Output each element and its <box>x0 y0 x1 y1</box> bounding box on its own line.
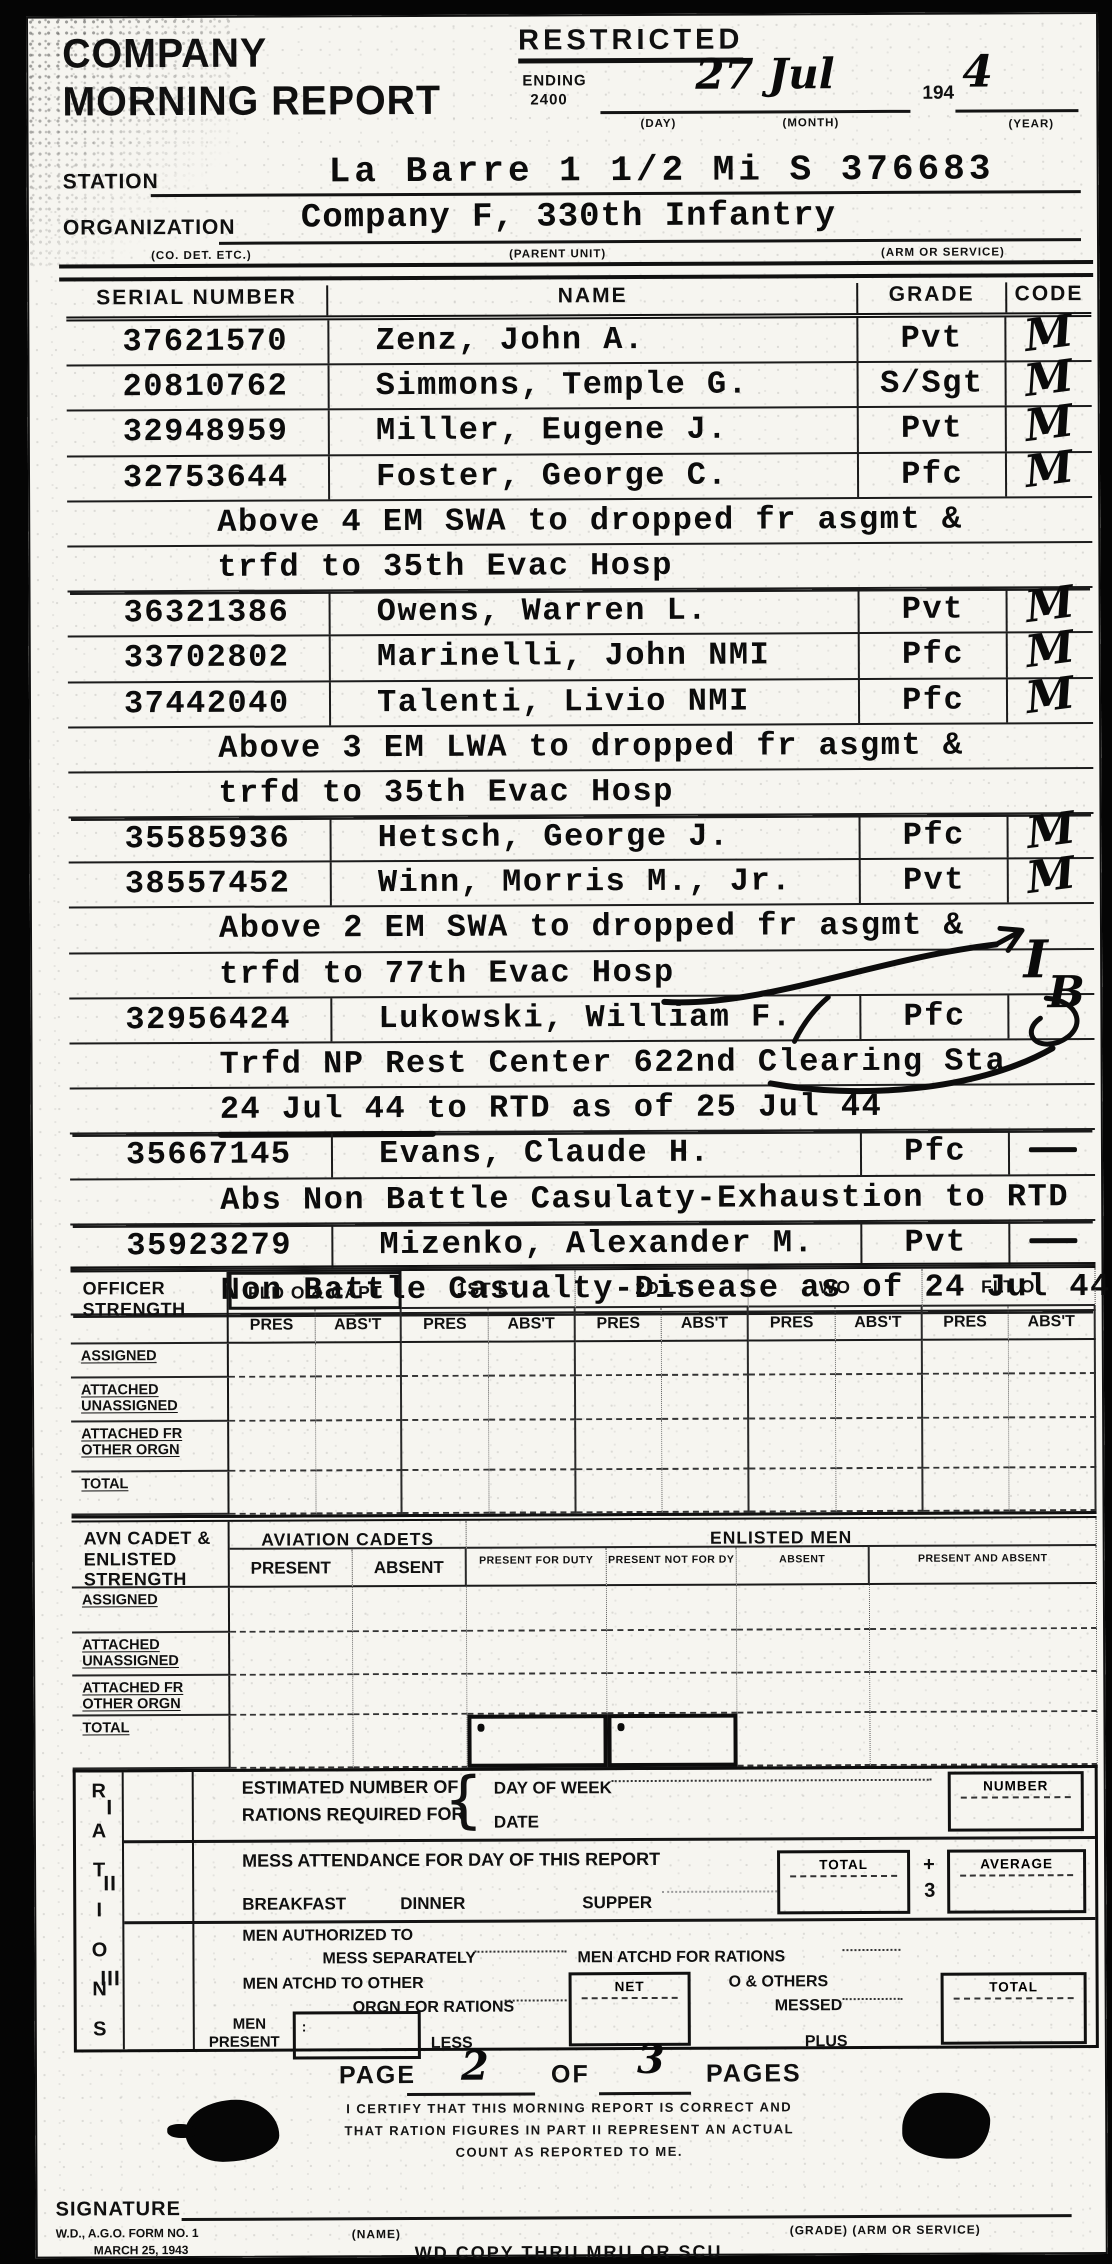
roster-grade: Pfc <box>858 679 1007 723</box>
cadet-subheader: PRESENT <box>230 1549 353 1588</box>
roster-name: Talenti, Livio NMI <box>329 680 858 725</box>
officer-empty-cell[interactable] <box>489 1376 576 1420</box>
officer-row-label: TOTAL <box>71 1472 229 1516</box>
roster-note-row: Trfd NP Rest Center 622nd Clearing Sta <box>69 1040 1094 1090</box>
men-atchd-other-line1: MEN ATCHD TO OTHER <box>243 1975 424 1994</box>
handwritten-code-m: M <box>1006 628 1094 672</box>
men-present-line2: PRESENT <box>209 2034 280 2051</box>
cadet-empty-cell[interactable] <box>353 1587 467 1632</box>
officer-empty-cell[interactable] <box>836 1375 923 1419</box>
roster-serial: 35667145 <box>70 1134 331 1178</box>
handwritten-code-m: M <box>1007 809 1095 853</box>
roster-serial: 35923279 <box>70 1224 331 1268</box>
number-box-label: NUMBER <box>961 1778 1071 1798</box>
roster-name: Mizenko, Alexander M. <box>331 1222 860 1267</box>
breakfast-label: BREAKFAST <box>242 1894 346 1914</box>
roster-serial: 33702802 <box>68 637 329 681</box>
cadet-empty-cell[interactable] <box>230 1715 353 1769</box>
roster-header-name: NAME <box>327 283 857 315</box>
month-caption: (MONTH) <box>782 117 839 129</box>
handwritten-pages-total: 3 <box>637 2036 665 2083</box>
roster-code: M <box>1005 453 1092 497</box>
officer-empty-cell[interactable] <box>403 1421 490 1471</box>
officer-empty-cell[interactable] <box>229 1471 316 1514</box>
officer-empty-cell[interactable] <box>662 1376 749 1420</box>
roster-note-row: trfd to 35th Evac Hosp <box>67 543 1092 593</box>
roster-serial: 37442040 <box>68 682 329 726</box>
roster-code <box>1008 1130 1095 1174</box>
officer-empty-cell[interactable] <box>229 1421 316 1471</box>
ending-2400-label: 2400 <box>530 91 567 108</box>
officer-empty-cell[interactable] <box>1009 1374 1096 1418</box>
cadet-empty-cell[interactable] <box>737 1630 870 1674</box>
date-label: DATE <box>494 1812 539 1832</box>
cadet-empty-cell[interactable] <box>467 1631 607 1675</box>
signature-line[interactable] <box>182 2214 1072 2220</box>
roster-note-text: Above 3 EM LWA to dropped fr asgmt & <box>68 724 1008 771</box>
rations-letter: S <box>93 2018 106 2041</box>
cadet-empty-cell[interactable] <box>607 1631 737 1675</box>
cadet-empty-cell[interactable] <box>230 1587 353 1633</box>
roster-entry-row: 33702802Marinelli, John NMIPfcM <box>68 633 1093 683</box>
officer-row-label: ATTACHED UNASSIGNED <box>71 1378 229 1423</box>
day-of-week-line[interactable] <box>612 1779 932 1782</box>
organization-line <box>219 238 1081 245</box>
roster-entry-row: 35667145Evans, Claude H.Pfc <box>70 1130 1095 1180</box>
roster-entry-row: 32753644Foster, George C.PfcM <box>67 453 1092 503</box>
men-present-box[interactable]: : <box>293 2011 421 2060</box>
roster-code <box>1009 1221 1096 1265</box>
rations-numeral-2: II <box>76 1872 144 1896</box>
handwritten-code-m: M <box>1005 312 1093 356</box>
o-and-others-label: O & OTHERS <box>729 1973 829 1991</box>
cadet-empty-cell[interactable] <box>353 1715 467 1768</box>
roster-code: M <box>1006 679 1093 723</box>
roster-name: Lukowski, William F. <box>330 996 859 1041</box>
roster-grade: Pvt <box>860 1221 1009 1265</box>
roster-name: Winn, Morris M., Jr. <box>330 860 859 905</box>
officer-empty-cell[interactable] <box>663 1420 750 1470</box>
roster-entry-row: 20810762Simmons, Temple G.S/SgtM <box>67 362 1092 412</box>
certification-line2: THAT RATION FIGURES IN PART II REPRESENT… <box>289 2121 849 2138</box>
rations-section-3: MEN AUTHORIZED TO MESS SEPARATELY MEN AT… <box>192 1920 1096 2052</box>
officer-subheader: PRES <box>402 1309 489 1343</box>
pages-number-line <box>599 2092 691 2095</box>
organization-value: Company F, 330th Infantry <box>301 197 836 237</box>
officer-subheader: ABS'T <box>489 1308 576 1342</box>
officer-empty-cell[interactable] <box>749 1419 836 1469</box>
cadet-empty-cell[interactable] <box>870 1712 1097 1766</box>
officer-subheader: ABS'T <box>662 1308 749 1342</box>
atchd-for-rations-line[interactable] <box>842 1949 900 1951</box>
roster-grade: Pvt <box>857 408 1006 452</box>
roster-note-text: 24 Jul 44 to RTD as of 25 Jul 44 <box>70 1086 1010 1133</box>
plus-label: PLUS <box>805 2033 848 2051</box>
roster-serial: 35585936 <box>69 817 330 861</box>
mess-attendance-label: MESS ATTENDANCE FOR DAY OF THIS REPORT <box>242 1849 660 1872</box>
officer-subheader: PRES <box>922 1306 1009 1340</box>
cadet-empty-cell[interactable] <box>607 1586 737 1632</box>
mess-total-label: TOTAL <box>790 1857 897 1877</box>
est-rations-line1: ESTIMATED NUMBER OF <box>242 1777 459 1799</box>
average-box[interactable]: AVERAGE <box>947 1849 1086 1914</box>
officer-group-header: WO <box>749 1269 923 1308</box>
cadet-empty-cell[interactable] <box>607 1674 737 1715</box>
roster-serial: 37621570 <box>66 320 327 364</box>
roster-name: Miller, Eugene J. <box>328 408 857 453</box>
cadet-empty-cell[interactable] <box>230 1675 353 1716</box>
roster-serial: 32956424 <box>69 998 330 1042</box>
roster-note-row: Abs Non Battle Casulaty-Exhaustion to RT… <box>70 1176 1095 1226</box>
net-box[interactable]: NET <box>569 1972 691 2047</box>
officer-empty-cell[interactable] <box>402 1343 489 1377</box>
ending-label: ENDING <box>522 72 586 89</box>
rations-panel: RATIONS I II III ESTIMATED NUMBER OF RAT… <box>73 1765 1099 2052</box>
page-label: PAGE <box>339 2061 416 2090</box>
officer-empty-cell[interactable] <box>403 1471 490 1514</box>
roster-grade: Pfc <box>860 1131 1009 1175</box>
roster-name: Foster, George C. <box>328 454 857 499</box>
organization-label: ORGANIZATION <box>63 216 236 241</box>
cadet-row-label: ASSIGNED <box>72 1588 230 1634</box>
form-number-line1: W.D., A.G.O. FORM NO. 1 <box>56 2226 199 2241</box>
officer-empty-cell[interactable] <box>316 1377 403 1421</box>
roster-entry-row: 37442040Talenti, Livio NMIPfcM <box>68 679 1093 729</box>
handwritten-code-m: M <box>1007 674 1095 718</box>
enlisted-subheader: PRESENT AND ABSENT <box>870 1546 1097 1585</box>
cadet-row-label: ATTACHED FR OTHER ORGN <box>72 1676 230 1717</box>
handwritten-code-m: M <box>1005 402 1093 446</box>
officer-empty-cell[interactable] <box>489 1470 576 1513</box>
of-label: OF <box>551 2060 590 2089</box>
net-box-label: NET <box>582 1979 678 1999</box>
total-count-box[interactable] <box>467 1714 607 1768</box>
officer-empty-cell[interactable] <box>402 1377 489 1421</box>
officer-empty-cell[interactable] <box>316 1421 403 1471</box>
brace-glyph: { <box>444 1763 484 1836</box>
handwritten-code-dash <box>1029 1238 1077 1243</box>
year-caption: (YEAR) <box>1008 118 1054 130</box>
handwritten-date: 27 Jul <box>695 49 835 99</box>
cadet-table: AVN CADET & ENLISTED STRENGTHAVIATION CA… <box>72 1512 1098 1772</box>
roster-grade: Pvt <box>859 860 1008 904</box>
roster-name: Evans, Claude H. <box>331 1131 860 1176</box>
handwritten-code-dash <box>1029 1147 1077 1152</box>
roster-note-text: Trfd NP Rest Center 622nd Clearing Sta <box>69 1040 1009 1087</box>
roster-grade: Pfc <box>859 995 1008 1039</box>
officer-empty-cell[interactable] <box>576 1376 663 1420</box>
signature-label: SIGNATURE <box>56 2198 181 2222</box>
total-count-box[interactable] <box>607 1714 737 1768</box>
cadet-corner-label: AVN CADET & ENLISTED STRENGTH <box>72 1522 230 1589</box>
roster-note-row: Above 2 EM SWA to dropped fr asgmt & <box>69 904 1094 954</box>
roster-serial: 32948959 <box>67 411 328 455</box>
roster-serial: 32753644 <box>67 456 328 500</box>
roster-entry-row: 32948959Miller, Eugene J.PvtM <box>67 407 1092 457</box>
officer-group-header: 2D LT <box>575 1270 749 1309</box>
roster-code: M <box>1007 859 1094 903</box>
year-line <box>955 109 1078 113</box>
aviation-cadets-header: AVIATION CADETS <box>230 1521 467 1550</box>
handwritten-page-number: 2 <box>461 2043 489 2090</box>
roster-entry-row: 32956424Lukowski, William F.PfcIB <box>69 995 1094 1045</box>
station-line <box>151 190 1081 197</box>
officer-subheader: ABS'T <box>1009 1306 1096 1340</box>
grade-caption: (GRADE) (ARM OR SERVICE) <box>790 2223 981 2238</box>
roster-note-row: 24 Jul 44 to RTD as of 25 Jul 44 <box>70 1085 1095 1135</box>
cadet-empty-cell[interactable] <box>870 1629 1097 1673</box>
date-line <box>600 110 910 114</box>
officer-row-label: ASSIGNED <box>71 1344 229 1379</box>
officer-empty-cell[interactable] <box>489 1420 576 1470</box>
divisor-three: 3 <box>924 1880 935 1903</box>
officer-empty-cell[interactable] <box>922 1374 1009 1418</box>
men-atchd-for-rations: MEN ATCHD FOR RATIONS <box>577 1948 785 1967</box>
cadet-row-label: TOTAL <box>72 1716 230 1770</box>
roster-note-row: Above 4 EM SWA to dropped fr asgmt & <box>67 498 1092 548</box>
org-sub-co: (CO. DET. ETC.) <box>151 250 252 262</box>
officer-empty-cell[interactable] <box>836 1341 923 1375</box>
paper-content: COMPANY MORNING REPORT RESTRICTED ENDING… <box>0 0 1112 2264</box>
officer-empty-cell[interactable] <box>316 1471 403 1514</box>
roster-code: IB <box>1008 995 1095 1039</box>
roster-grade: Pfc <box>858 634 1007 678</box>
rations-total-box[interactable]: TOTAL <box>941 1972 1087 2045</box>
roster-name: Marinelli, John NMI <box>329 634 858 679</box>
enlisted-men-header: ENLISTED MEN <box>467 1518 1097 1549</box>
average-box-label: AVERAGE <box>960 1856 1073 1876</box>
rations-section-2: MESS ATTENDANCE FOR DAY OF THIS REPORT B… <box>192 1839 1095 1921</box>
men-authorized-line2: MESS SEPARATELY <box>322 1950 476 1969</box>
station-label: STATION <box>63 170 159 194</box>
rations-numeral-3: III <box>77 1967 145 1991</box>
officer-empty-cell[interactable] <box>576 1342 663 1376</box>
ink-blot-left <box>185 2100 279 2162</box>
roster-entry-row: 35585936Hetsch, George J.PfcM <box>69 814 1094 864</box>
roster-grade: S/Sgt <box>857 363 1006 407</box>
roster-grade: Pfc <box>859 814 1008 858</box>
officer-empty-cell[interactable] <box>1009 1418 1096 1468</box>
cadet-subheader: ABSENT <box>353 1549 467 1587</box>
roster-note-text: Above 2 EM SWA to dropped fr asgmt & <box>69 905 1009 952</box>
rations-total-label: TOTAL <box>954 1979 1074 2000</box>
org-sub-arm: (ARM OR SERVICE) <box>881 246 1005 259</box>
supper-line[interactable] <box>662 1890 777 1893</box>
roster-name: Simmons, Temple G. <box>328 363 857 408</box>
roster-serial: 38557452 <box>69 863 330 907</box>
officer-empty-cell[interactable] <box>489 1342 576 1376</box>
cadet-empty-cell[interactable] <box>230 1632 353 1676</box>
rations-letter: A <box>92 1820 107 1843</box>
officer-empty-cell[interactable] <box>1009 1340 1096 1374</box>
officer-corner-label: OFFICER STRENGTH <box>70 1272 228 1345</box>
handwritten-code-m: M <box>1007 854 1095 898</box>
handwritten-code-m: M <box>1006 583 1094 627</box>
roster-grade: Pvt <box>856 317 1005 361</box>
cadet-empty-cell[interactable] <box>467 1586 607 1632</box>
officer-empty-cell[interactable] <box>576 1420 663 1470</box>
form-number-line2: MARCH 25, 1943 <box>94 2243 189 2257</box>
handwritten-code-i: I <box>1023 929 1048 990</box>
certification-line1: I CERTIFY THAT THIS MORNING REPORT IS CO… <box>289 2099 849 2116</box>
officer-subheader: PRES <box>229 1309 316 1343</box>
officer-empty-cell[interactable] <box>749 1375 836 1419</box>
roster-table: SERIAL NUMBER NAME GRADE CODE 37621570Ze… <box>66 282 1095 1316</box>
roster-serial: 20810762 <box>67 366 328 410</box>
cadet-empty-cell[interactable] <box>737 1585 870 1631</box>
officer-empty-cell[interactable] <box>923 1468 1010 1511</box>
rations-letter: O <box>92 1939 108 1962</box>
org-sub-parent: (PARENT UNIT) <box>509 248 606 260</box>
section-double-rule <box>59 260 1093 282</box>
roster-note-row: trfd to 35th Evac Hosp <box>68 769 1093 819</box>
certification-line3: COUNT AS REPORTED TO ME. <box>289 2143 849 2160</box>
station-value: La Barre 1 1/2 Mi S 376683 <box>329 148 995 192</box>
officer-empty-cell[interactable] <box>1010 1468 1097 1511</box>
roster-entry-row: 37621570Zenz, John A.PvtM <box>66 317 1091 367</box>
officer-group-header: 1ST LT <box>402 1270 576 1309</box>
roster-header-row: SERIAL NUMBER NAME GRADE CODE <box>66 282 1091 321</box>
est-rations-line2: RATIONS REQUIRED FOR <box>242 1804 465 1826</box>
cadet-empty-cell[interactable] <box>737 1713 870 1767</box>
officer-empty-cell[interactable] <box>229 1377 316 1421</box>
plus-sign: + <box>923 1854 935 1877</box>
roster-name: Hetsch, George J. <box>330 815 859 860</box>
officer-subheader: PRES <box>575 1308 662 1342</box>
officer-empty-cell[interactable] <box>749 1341 836 1375</box>
officer-subheader: ABS'T <box>315 1309 402 1343</box>
cadet-empty-cell[interactable] <box>353 1675 467 1715</box>
enlisted-subheader: ABSENT <box>737 1547 870 1586</box>
handwritten-code-m: M <box>1006 448 1094 492</box>
roster-grade: Pvt <box>858 589 1007 633</box>
dinner-label: DINNER <box>400 1894 465 1914</box>
ink-blot-right <box>902 2092 990 2158</box>
number-box[interactable]: NUMBER <box>948 1771 1084 1832</box>
cadet-empty-cell[interactable] <box>870 1584 1097 1630</box>
paper-sheet: COMPANY MORNING REPORT RESTRICTED ENDING… <box>26 12 1108 2259</box>
messed-label: MESSED <box>775 1997 843 2015</box>
roster-entry-row: 38557452Winn, Morris M., Jr.PvtM <box>69 859 1094 909</box>
orgn-for-rations-line[interactable] <box>505 1999 567 2001</box>
roster-note-text: Abs Non Battle Casulaty-Exhaustion to RT… <box>70 1176 1010 1223</box>
officer-empty-cell[interactable] <box>922 1340 1009 1374</box>
cadet-empty-cell[interactable] <box>737 1673 870 1714</box>
men-present-colon: : <box>302 2018 307 2034</box>
officer-empty-cell[interactable] <box>662 1342 749 1376</box>
roster-note-text: trfd to 35th Evac Hosp <box>68 769 1008 816</box>
supper-label: SUPPER <box>582 1893 652 1913</box>
roster-body: 37621570Zenz, John A.PvtM20810762Simmons… <box>66 317 1095 1316</box>
roster-grade: Pfc <box>857 453 1006 497</box>
morning-report-scan: COMPANY MORNING REPORT RESTRICTED ENDING… <box>0 0 1112 2264</box>
officer-empty-cell[interactable] <box>836 1419 923 1469</box>
officer-subheader: PRES <box>749 1307 836 1341</box>
officer-subheader: ABS'T <box>835 1307 922 1341</box>
handwritten-code-m: M <box>1005 357 1093 401</box>
messed-line[interactable] <box>843 1998 903 2000</box>
cadet-empty-cell[interactable] <box>467 1674 607 1715</box>
officer-group-header: FLD O & CAPT <box>228 1271 402 1310</box>
rations-section-1: ESTIMATED NUMBER OF RATIONS REQUIRED FOR… <box>192 1768 1095 1840</box>
roster-note-row: trfd to 77th Evac Hosp <box>69 950 1094 1000</box>
name-caption: (NAME) <box>352 2227 401 2241</box>
officer-empty-cell[interactable] <box>663 1470 750 1513</box>
men-authorized-line1: MEN AUTHORIZED TO <box>242 1927 413 1946</box>
handwritten-year: 4 <box>962 46 993 97</box>
officer-empty-cell[interactable] <box>749 1469 836 1512</box>
page-number-line <box>407 2092 535 2096</box>
officer-table: OFFICER STRENGTHFLD O & CAPT1ST LT2D LTW… <box>70 1262 1096 1518</box>
roster-note-text: trfd to 77th Evac Hosp <box>69 950 1009 997</box>
roster-header-serial: SERIAL NUMBER <box>66 285 327 316</box>
form-title-line2: MORNING REPORT <box>62 77 441 126</box>
form-title-line1: COMPANY <box>62 30 267 78</box>
rations-letter: I <box>96 1899 102 1922</box>
roster-header-grade: GRADE <box>857 282 1005 313</box>
year-prefix: 194 <box>922 83 954 105</box>
day-of-week-label: DAY OF WEEK <box>494 1778 612 1799</box>
cadet-empty-cell[interactable] <box>353 1632 467 1675</box>
copy-routing-note: WD COPY THRU MRU OR SCU <box>415 2242 723 2264</box>
officer-empty-cell[interactable] <box>923 1418 1010 1468</box>
rations-numeral-1: I <box>76 1796 144 1820</box>
officer-empty-cell[interactable] <box>229 1343 316 1377</box>
cadet-empty-cell[interactable] <box>870 1672 1097 1713</box>
enlisted-subheader: PRESENT NOT FOR DY <box>607 1548 737 1587</box>
enlisted-subheader: PRESENT FOR DUTY <box>467 1548 607 1587</box>
day-caption: (DAY) <box>640 118 676 130</box>
mess-total-box[interactable]: TOTAL <box>777 1850 910 1915</box>
men-present-line1: MEN <box>233 2016 266 2033</box>
roster-entry-row: 36321386Owens, Warren L.PvtM <box>68 588 1093 638</box>
roster-note-text: trfd to 35th Evac Hosp <box>67 543 1007 590</box>
officer-group-header: FLT O <box>922 1268 1096 1307</box>
officer-row-label: ATTACHED FR OTHER ORGN <box>71 1422 229 1473</box>
roster-serial: 36321386 <box>68 591 329 635</box>
roster-name: Owens, Warren L. <box>329 589 858 634</box>
roster-note-row: Above 3 EM LWA to dropped fr asgmt & <box>68 724 1093 774</box>
roster-note-text: Above 4 EM SWA to dropped fr asgmt & <box>67 498 1007 545</box>
pages-label: PAGES <box>706 2059 802 2088</box>
mess-separately-line[interactable] <box>474 1950 566 1952</box>
cadet-row-label: ATTACHED UNASSIGNED <box>72 1633 230 1677</box>
officer-empty-cell[interactable] <box>576 1470 663 1513</box>
handwritten-code-b: B <box>1048 967 1085 1018</box>
officer-empty-cell[interactable] <box>836 1469 923 1512</box>
roster-name: Zenz, John A. <box>327 318 856 363</box>
officer-empty-cell[interactable] <box>315 1343 402 1377</box>
